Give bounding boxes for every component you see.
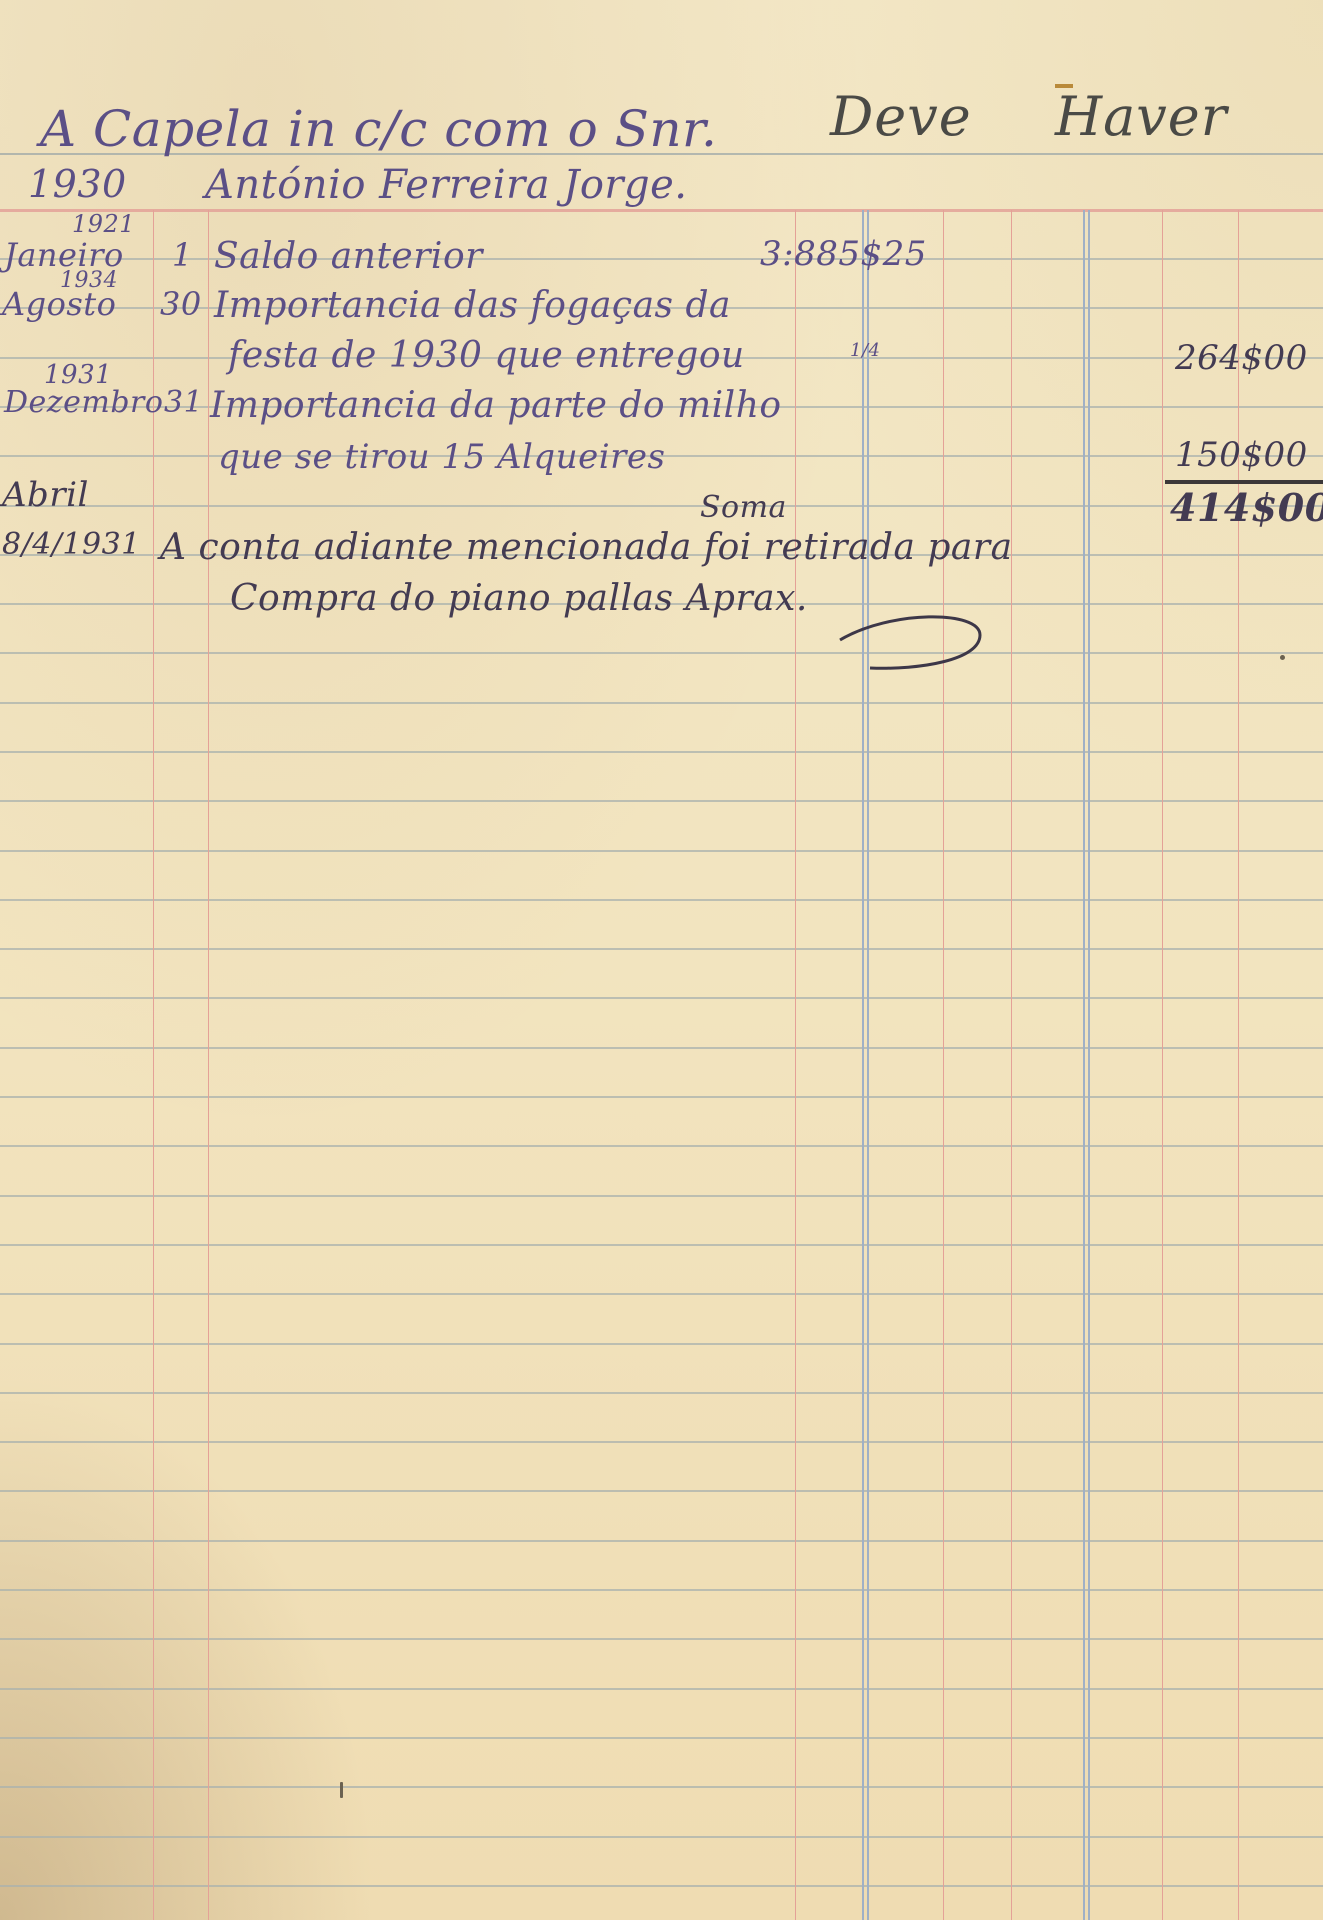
account-title-line1: A Capela in c/c com o Snr. (40, 100, 717, 158)
debit-double-rule-b (867, 210, 869, 1920)
account-year: 1930 (28, 162, 127, 206)
credit-double-rule-b (1088, 210, 1090, 1920)
entry-debit-amount: 3:885$25 (760, 234, 927, 274)
debit-cents-rule (943, 210, 944, 1920)
entry-day: 1 (172, 236, 193, 274)
debit-amount-rule (795, 210, 796, 1920)
entry-day: 31 (164, 385, 203, 420)
entry-description: Importancia da parte do milho (210, 385, 782, 426)
note-month: Abril (2, 475, 89, 515)
ruled-line (0, 258, 1323, 260)
entry-month: Agosto (2, 285, 116, 323)
ruled-line (0, 1145, 1323, 1147)
credit-amount-rule (1162, 210, 1163, 1920)
paper-speck (340, 1782, 343, 1798)
entry-folio: 1/4 (850, 340, 880, 361)
sum-label: Soma (700, 490, 787, 525)
ledger-page: A Capela in c/c com o Snr. 1930 António … (0, 0, 1323, 1920)
debit-header: Deve (830, 85, 972, 148)
entry-description-cont: festa de 1930 que entregou (228, 335, 745, 376)
ruled-line (0, 505, 1323, 507)
ruled-line (0, 702, 1323, 704)
ruled-line (0, 1195, 1323, 1197)
debit-double-rule-a (862, 210, 864, 1920)
ruled-line (0, 1885, 1323, 1887)
entry-year: 1921 (72, 210, 135, 238)
sum-underline (1165, 480, 1323, 484)
entry-description: Saldo anterior (214, 236, 483, 277)
signature-flourish-icon (830, 600, 990, 680)
ruled-line (0, 1392, 1323, 1394)
ruled-line (0, 800, 1323, 802)
entry-month: Dezembro (4, 385, 163, 420)
entry-credit-amount: 264$00 (1175, 338, 1308, 378)
ruled-line (0, 1540, 1323, 1542)
ruled-line (0, 1096, 1323, 1098)
note-text-line2: Compra do piano pallas Aprax. (230, 578, 808, 619)
ruled-line (0, 899, 1323, 901)
ruled-line (0, 1737, 1323, 1739)
credit-header: Haver (1055, 85, 1228, 148)
ruled-line (0, 1786, 1323, 1788)
ruled-line (0, 1244, 1323, 1246)
date-column-rule (153, 210, 154, 1920)
ruled-line (0, 1490, 1323, 1492)
ruled-line (0, 1688, 1323, 1690)
sum-credit-total: 414$00 (1170, 485, 1323, 530)
ruled-line (0, 751, 1323, 753)
ruled-line (0, 1293, 1323, 1295)
day-column-rule (208, 210, 209, 1920)
account-holder-name: António Ferreira Jorge. (205, 162, 688, 208)
ruled-line (0, 997, 1323, 999)
credit-double-rule-a (1083, 210, 1085, 1920)
ruled-line (0, 1343, 1323, 1345)
entry-description: Importancia das fogaças da (214, 285, 731, 326)
top-red-rule (0, 209, 1323, 212)
ruled-line (0, 948, 1323, 950)
ruled-line (0, 1836, 1323, 1838)
note-text-line1: A conta adiante mencionada foi retirada … (160, 527, 1013, 568)
entry-credit-amount: 150$00 (1175, 435, 1308, 475)
debit-end-rule (1011, 210, 1012, 1920)
ruled-line (0, 1589, 1323, 1591)
note-date: 8/4/1931 (2, 527, 141, 562)
ruled-line (0, 1441, 1323, 1443)
ruled-line (0, 1638, 1323, 1640)
entry-description-cont: que se tirou 15 Alqueires (218, 437, 665, 477)
ruled-line (0, 652, 1323, 654)
ruled-line (0, 850, 1323, 852)
paper-speck (1280, 655, 1285, 660)
entry-day: 30 (160, 285, 202, 323)
ruled-line (0, 1047, 1323, 1049)
